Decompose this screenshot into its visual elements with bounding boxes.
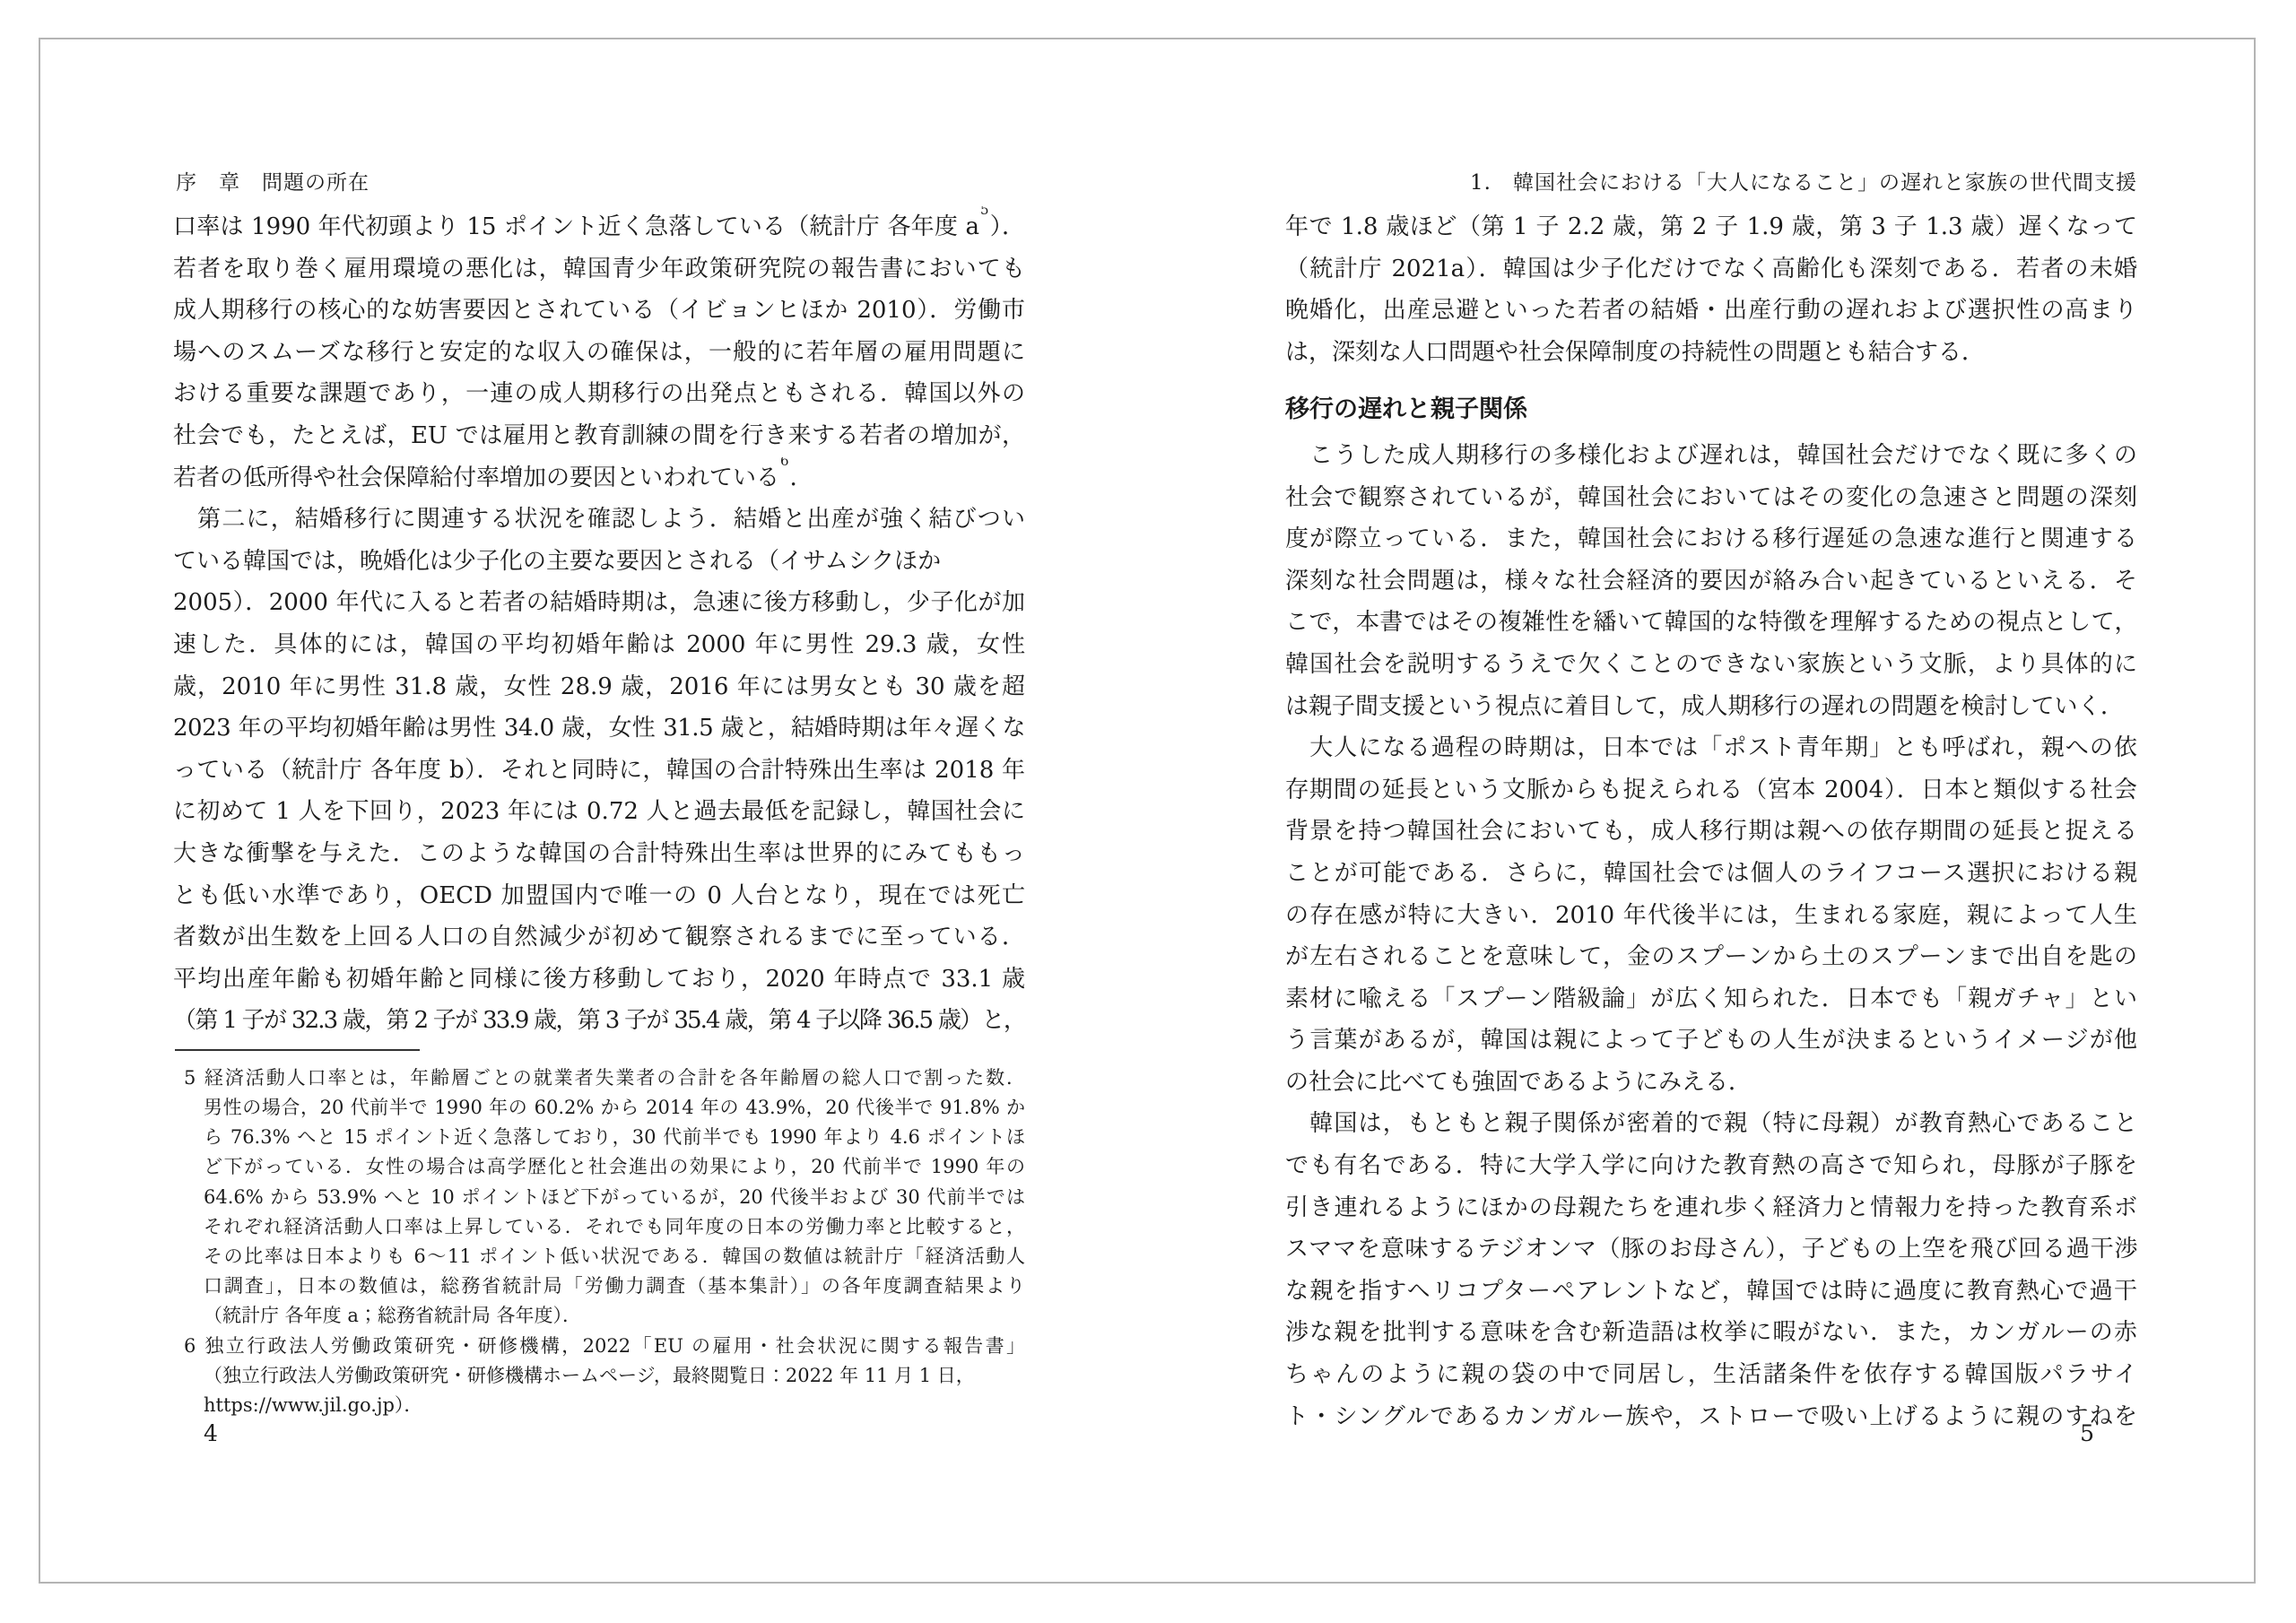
body-line: 韓国は，もともと親子関係が密着的で親（特に母親）が教育熱心であること <box>1285 1103 2137 1145</box>
footnote-line: https://www.jil.go.jp）． <box>173 1391 1025 1420</box>
section-heading: 移行の遅れと親子関係 <box>1285 389 2137 431</box>
page-number-right: 5 <box>1285 1420 2094 1447</box>
body-line: （統計庁 2021a）．韓国は少子化だけでなく高齢化も深刻である．若者の未婚化， <box>1285 248 2137 291</box>
body-line: 口率は 1990 年代初頭より 15 ポイント近く急落している（統計庁 各年度 … <box>173 206 1025 248</box>
footnote-line: その比率は日本よりも 6〜11 ポイント低い状況である．韓国の数値は統計庁「経済… <box>173 1242 1025 1271</box>
body-line: 場へのスムーズな移行と安定的な収入の確保は，一般的に若年層の雇用問題に <box>173 332 1025 374</box>
body-line: 年で 1.8 歳ほど（第 1 子 2.2 歳，第 2 子 1.9 歳，第 3 子… <box>1285 206 2137 248</box>
footnote-rule <box>175 1049 420 1051</box>
body-line: とも低い水準であり，OECD 加盟国内で唯一の 0 人台となり，現在では死亡 <box>173 875 1025 917</box>
body-line: 平均出産年齢も初婚年齢と同様に後方移動しており，2020 年時点で 33.1 歳 <box>173 959 1025 1001</box>
body-line: 大きな衝撃を与えた．このような韓国の合計特殊出生率は世界的にみてももっ <box>173 833 1025 875</box>
footnote-line: ら 76.3% へと 15 ポイント近く急落しており，30 代前半でも 1990… <box>173 1123 1025 1152</box>
body-line: 度が際立っている．また，韓国社会における移行遅延の急速な進行と関連する <box>1285 518 2137 560</box>
body-line: 成人期移行の核心的な妨害要因とされている（イビョンヒほか 2010）．労働市 <box>173 290 1025 332</box>
body-line: 若者の低所得や社会保障給付率増加の要因といわれている6． <box>173 457 1025 499</box>
body-line: 引き連れるようにほかの母親たちを連れ歩く経済力と情報力を持った教育系ボ <box>1285 1187 2137 1229</box>
body-line: う言葉があるが，韓国は親によって子どもの人生が決まるというイメージが他 <box>1285 1020 2137 1062</box>
footnote-line: 6独立行政法人労働政策研究・研修機構，2022「EU の雇用・社会状況に関する報… <box>173 1332 1025 1361</box>
footnote-line: 64.6% から 53.9% へと 10 ポイントほど下がっているが，20 代後… <box>173 1183 1025 1212</box>
body-line: 社会でも，たとえば，EU では雇用と教育訓練の間を行き来する若者の増加が， <box>173 415 1025 457</box>
body-line: が左右されることを意味して，金のスプーンから土のスプーンまで出自を匙の <box>1285 936 2137 978</box>
body-line: 第二に，結婚移行に関連する状況を確認しよう．結婚と出産が強く結びつい <box>173 499 1025 541</box>
body-line: な親を指すヘリコプターペアレントなど，韓国では時に過度に教育熱心で過干 <box>1285 1271 2137 1313</box>
footnote-line: それぞれ経済活動人口率は上昇している．それでも同年度の日本の労働力率と比較すると… <box>173 1212 1025 1242</box>
footnote-block: 5経済活動人口率とは，年齢層ごとの就業者失業者の合計を各年齢層の総人口で割った数… <box>173 1063 1025 1420</box>
footnote-line: ど下がっている．女性の場合は高学歴化と社会進出の効果により，20 代前半で 19… <box>173 1152 1025 1182</box>
body-line: おける重要な課題であり，一連の成人期移行の出発点ともされる．韓国以外の <box>173 373 1025 415</box>
body-line: （第 1 子が 32.3 歳，第 2 子が 33.9 歳，第 3 子が 35.4… <box>173 1000 1025 1042</box>
body-line-text: 口率は 1990 年代初頭より 15 ポイント近く急落している（統計庁 各年度 … <box>173 213 979 240</box>
body-line: っている（統計庁 各年度 b）．それと同時に，韓国の合計特殊出生率は 2018 … <box>173 750 1025 792</box>
body-line: でも有名である．特に大学入学に向けた教育熱の高さで知られ，母豚が子豚を <box>1285 1145 2137 1187</box>
body-line: 大人になる過程の時期は，日本では「ポスト青年期」とも呼ばれ，親への依 <box>1285 727 2137 769</box>
body-line: 背景を持つ韓国社会においても，成人移行期は親への依存期間の延長と捉える <box>1285 811 2137 853</box>
body-line: 社会で観察されているが，韓国社会においてはその変化の急速さと問題の深刻 <box>1285 477 2137 519</box>
footnote-line: 5経済活動人口率とは，年齢層ごとの就業者失業者の合計を各年齢層の総人口で割った数… <box>173 1063 1025 1093</box>
footnote-ref-5: 5 <box>980 206 989 218</box>
footnote-ref-6: 6 <box>780 457 789 469</box>
body-line: の存在感が特に大きい．2010 年代後半には，生まれる家庭，親によって人生 <box>1285 895 2137 937</box>
left-page-text-column: 口率は 1990 年代初頭より 15 ポイント近く急落している（統計庁 各年度 … <box>173 206 1025 1420</box>
body-line-text: ． <box>790 464 813 491</box>
footnote-line: 男性の場合，20 代前半で 1990 年の 60.2% から 2014 年の 4… <box>173 1093 1025 1123</box>
body-line: 2005）．2000 年代に入ると若者の結婚時期は，急速に後方移動し，少子化が加 <box>173 582 1025 624</box>
body-line: は親子間支援という視点に着目して，成人期移行の遅れの問題を検討していく． <box>1285 686 2137 728</box>
footnote-marker: 5 <box>173 1063 203 1093</box>
body-line: 速した．具体的には，韓国の平均初婚年齢は 2000 年に男性 29.3 歳，女性… <box>173 624 1025 666</box>
footnote-line: 口調査」，日本の数値は，総務省統計局「労働力調査（基本集計）」の各年度調査結果よ… <box>173 1271 1025 1301</box>
running-head-right: 1. 韓国社会における「大人になること」の遅れと家族の世代間支援 <box>1285 170 2137 195</box>
body-line: ている韓国では，晩婚化は少子化の主要な要因とされる（イサムシクほか <box>173 541 1025 583</box>
body-line: の社会に比べても強固であるようにみえる． <box>1285 1062 2137 1104</box>
body-line: ことが可能である．さらに，韓国社会では個人のライフコース選択における親 <box>1285 853 2137 895</box>
page-number-left: 4 <box>204 1420 218 1447</box>
body-line: こうした成人期移行の多様化および遅れは，韓国社会だけでなく既に多くの <box>1285 435 2137 477</box>
body-line: ちゃんのように親の袋の中で同居し，生活諸条件を依存する韓国版パラサイ <box>1285 1354 2137 1396</box>
body-line: 深刻な社会問題は，様々な社会経済的要因が絡み合い起きているといえる．そ <box>1285 560 2137 603</box>
footnote-line: （独立行政法人労働政策研究・研修機構ホームページ，最終閲覧日：2022 年 11… <box>173 1361 1025 1391</box>
body-line: 存期間の延長という文脈からも捉えられる（宮本 2004）．日本と類似する社会 <box>1285 769 2137 811</box>
right-page-text-column: 年で 1.8 歳ほど（第 1 子 2.2 歳，第 2 子 1.9 歳，第 3 子… <box>1285 206 2137 1437</box>
body-line: は，深刻な人口問題や社会保障制度の持続性の問題とも結合する． <box>1285 332 2137 374</box>
body-line: 者数が出生数を上回る人口の自然減少が初めて観察されるまでに至っている． <box>173 916 1025 959</box>
body-line: 2023 年の平均初婚年齢は男性 34.0 歳，女性 31.5 歳と，結婚時期は… <box>173 707 1025 750</box>
body-line: スママを意味するテジオンマ（豚のお母さん），子どもの上空を飛び回る過干渉 <box>1285 1228 2137 1271</box>
footnote-text: 経済活動人口率とは，年齢層ごとの就業者失業者の合計を各年齢層の総人口で割った数． <box>203 1067 1025 1089</box>
body-line: こで，本書ではその複雑性を繙いて韓国的な特徴を理解するための視点として， <box>1285 602 2137 644</box>
body-line-text: 若者の低所得や社会保障給付率増加の要因といわれている <box>173 464 779 491</box>
body-line-text: ）． <box>990 213 1025 240</box>
book-spread-scan: 序 章 問題の所在 口率は 1990 年代初頭より 15 ポイント近く急落してい… <box>0 0 2296 1623</box>
footnote-marker: 6 <box>173 1332 203 1361</box>
body-line: 渉な親を批判する意味を含む新造語は枚挙に暇がない．また，カンガルーの赤 <box>1285 1312 2137 1354</box>
body-line: 素材に喩える「スプーン階級論」が広く知られた．日本でも「親ガチャ」とい <box>1285 978 2137 1020</box>
footnote-text: 独立行政法人労働政策研究・研修機構，2022「EU の雇用・社会状況に関する報告… <box>203 1335 1025 1357</box>
body-line: 歳，2010 年に男性 31.8 歳，女性 28.9 歳，2016 年には男女と… <box>173 666 1025 708</box>
body-line: 韓国社会を説明するうえで欠くことのできない家族という文脈，より具体的に <box>1285 644 2137 686</box>
body-line: に初めて 1 人を下回り，2023 年には 0.72 人と過去最低を記録し，韓国… <box>173 791 1025 833</box>
body-line: 若者を取り巻く雇用環境の悪化は，韓国青少年政策研究院の報告書においても <box>173 248 1025 291</box>
footnote-line: （統計庁 各年度 a；総務省統計局 各年度）． <box>173 1301 1025 1331</box>
running-head-left: 序 章 問題の所在 <box>176 170 370 195</box>
body-line: 晩婚化，出産忌避といった若者の結婚・出産行動の遅れおよび選択性の高まり <box>1285 290 2137 332</box>
